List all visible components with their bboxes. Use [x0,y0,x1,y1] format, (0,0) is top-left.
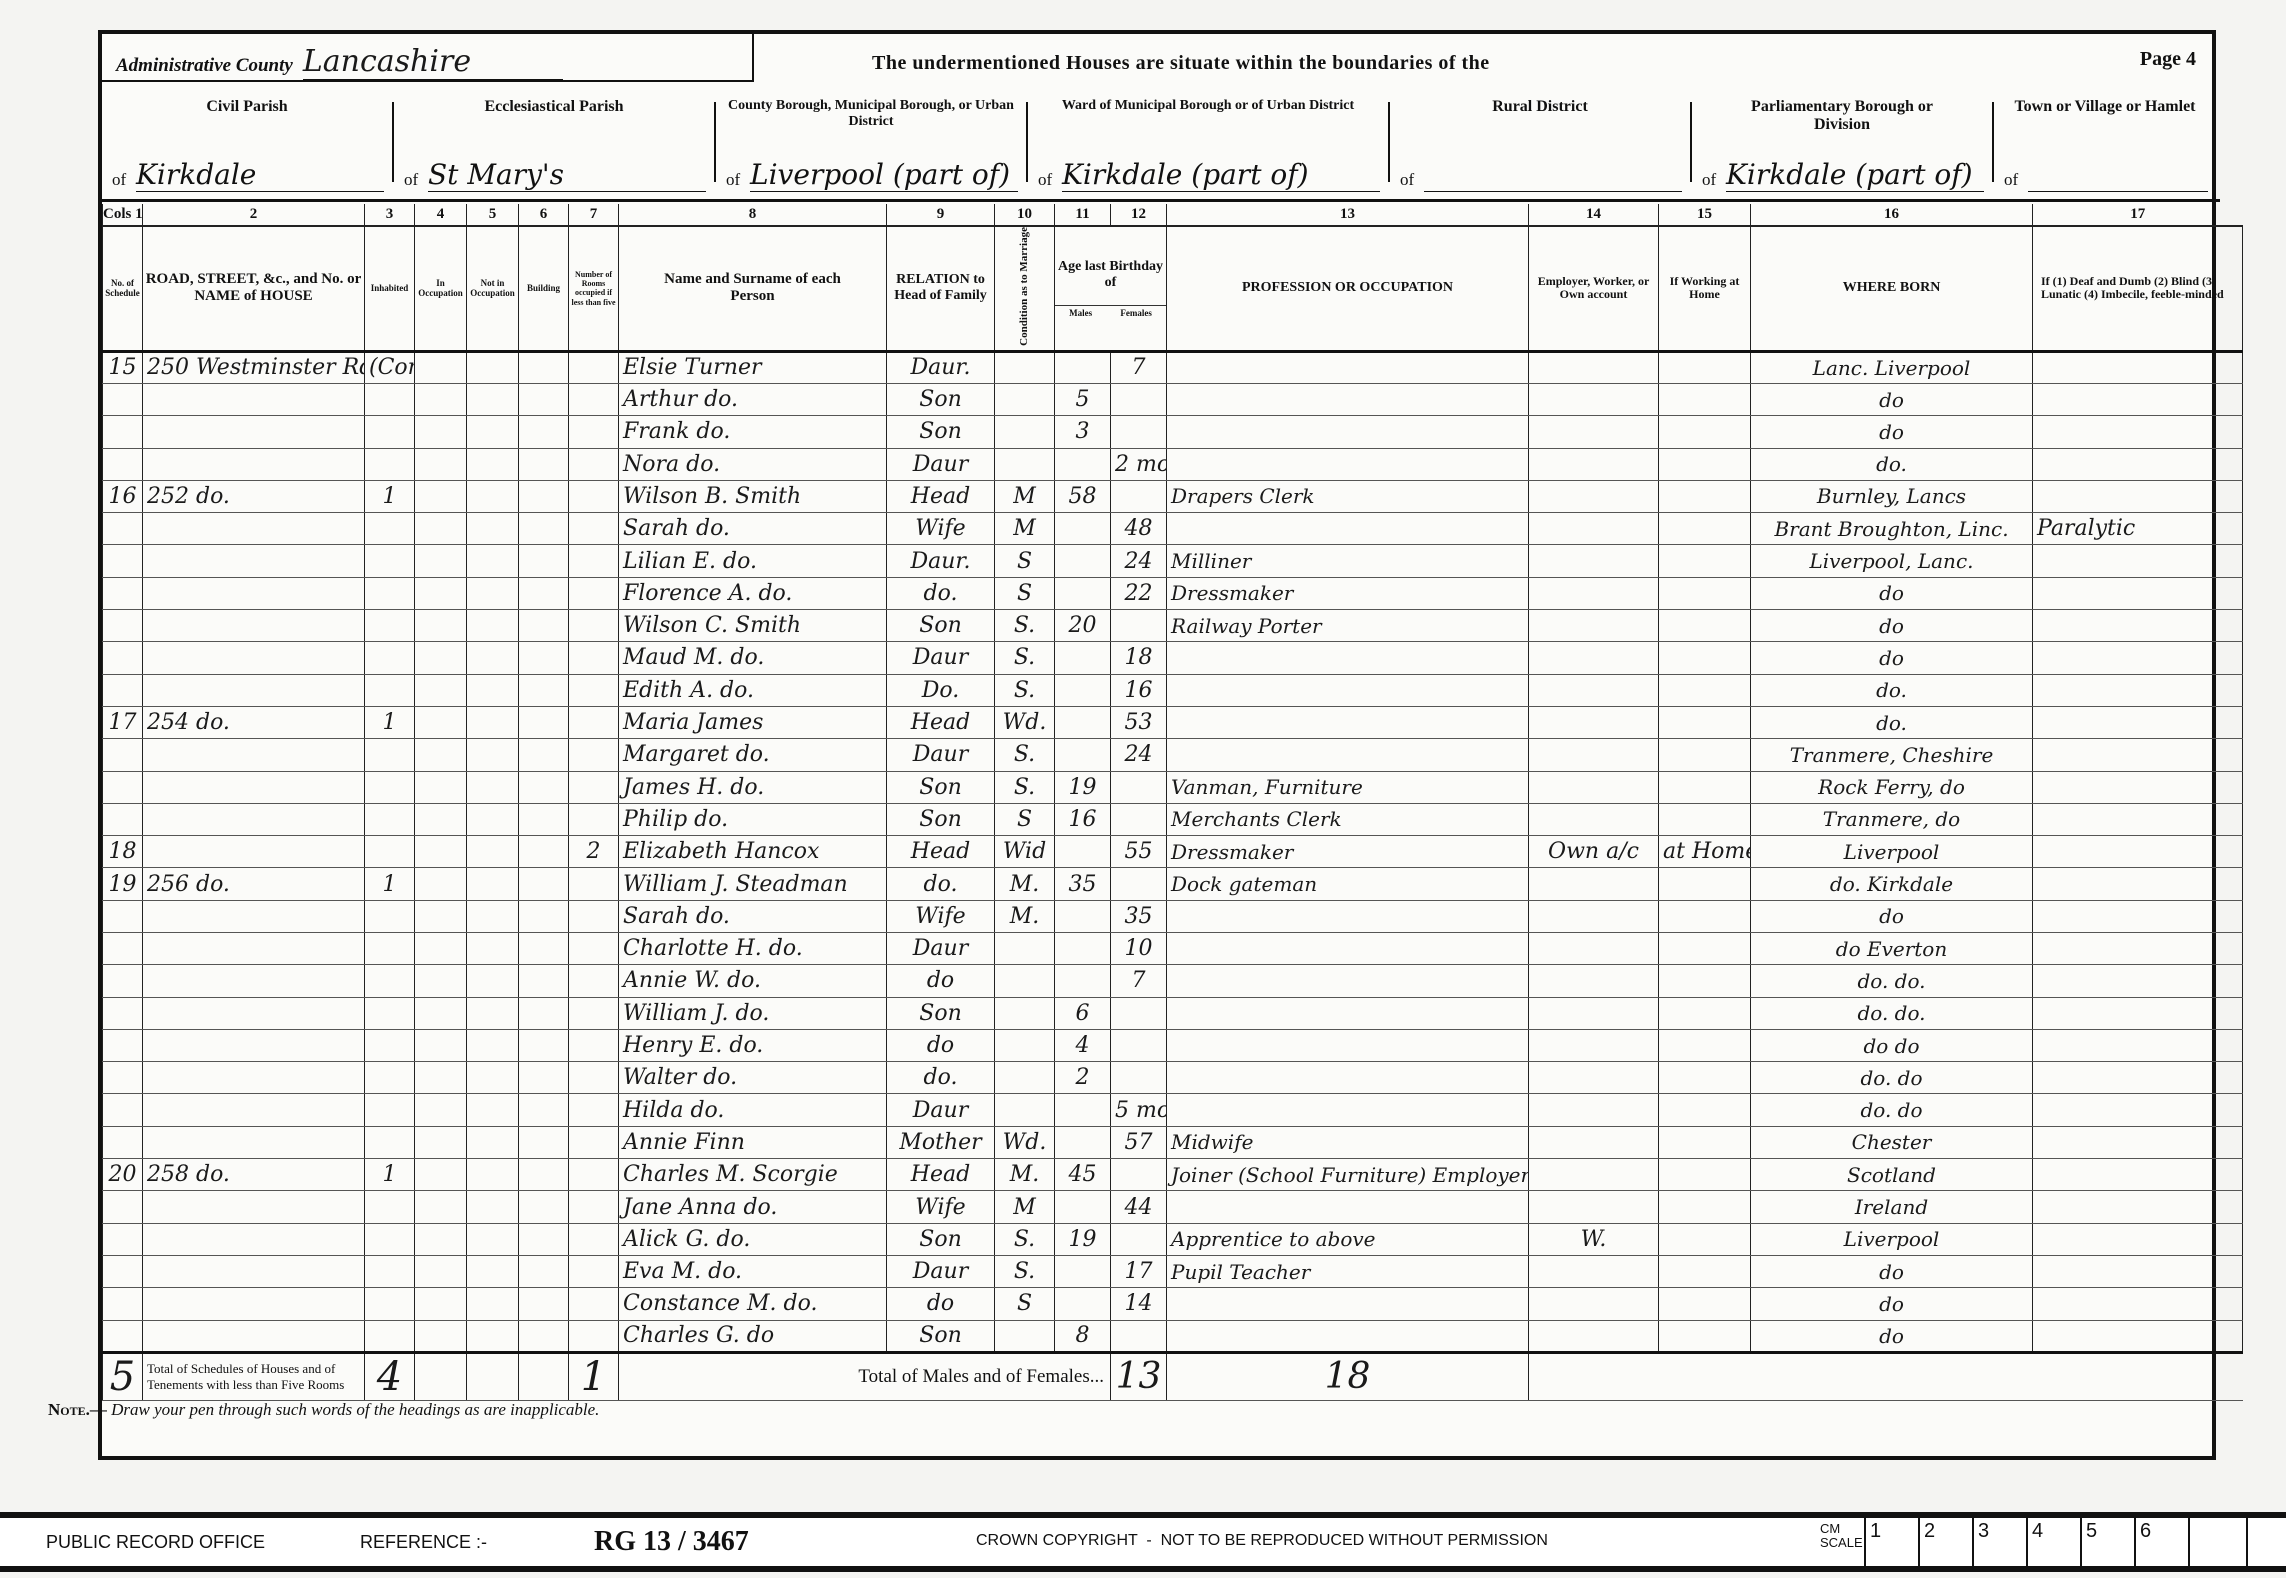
header-road: ROAD, STREET, &c., and No. or NAME of HO… [143,226,365,351]
col-num: 10 [995,204,1055,226]
row-building [519,545,569,577]
row-relation: Son [887,416,995,448]
row-in-occupation [415,965,467,997]
note-prefix: Note.— [48,1400,107,1419]
region-of: of [404,170,418,190]
row-condition: M. [995,1159,1055,1191]
row-where-born: Liverpool, Lanc. [1751,545,2033,577]
row-condition [995,965,1055,997]
row-rooms [569,416,619,448]
row-at-home [1659,642,1751,674]
row-female-age [1111,383,1167,415]
row-rooms [569,642,619,674]
header-infirmity: If (1) Deaf and Dumb (2) Blind (3) Lunat… [2033,226,2243,351]
header-rooms: Number of Rooms occupied if less than fi… [569,226,619,351]
table-row: Nora do.Daur2 mosdo. [103,448,2243,480]
row-condition [995,383,1055,415]
row-building [519,1320,569,1352]
row-condition [995,1094,1055,1126]
row-relation: do [887,1029,995,1061]
row-employer [1529,416,1659,448]
row-in-occupation [415,577,467,609]
row-female-age: 7 [1111,351,1167,383]
row-rooms [569,351,619,383]
row-employer [1529,739,1659,771]
row-employer [1529,1288,1659,1320]
row-female-age: 55 [1111,836,1167,868]
row-female-age: 53 [1111,706,1167,738]
table-row: 19256 do.1William J. Steadmando.M.35Dock… [103,868,2243,900]
row-male-age [1055,1126,1111,1158]
row-building [519,1255,569,1287]
row-infirmity [2033,1029,2243,1061]
row-name: Maria James [619,706,887,738]
table-row: Charles G. doSon8do [103,1320,2243,1352]
totals-row: 5 Total of Schedules of Houses and of Te… [103,1352,2243,1400]
row-in-occupation [415,1191,467,1223]
row-not-in-occupation [467,1223,519,1255]
row-infirmity [2033,1191,2243,1223]
row-at-home [1659,1191,1751,1223]
row-employer: W. [1529,1223,1659,1255]
row-at-home [1659,997,1751,1029]
row-name: Margaret do. [619,739,887,771]
table-row: Jane Anna do.WifeM44Ireland [103,1191,2243,1223]
row-schedule [103,1223,143,1255]
row-infirmity [2033,1094,2243,1126]
region-ward: Ward of Municipal Borough or of Urban Di… [1028,92,1388,200]
footer-office: PUBLIC RECORD OFFICE [46,1532,265,1553]
admin-county-row: Administrative County Lancashire The und… [102,34,2220,84]
row-schedule: 20 [103,1159,143,1191]
row-at-home [1659,900,1751,932]
row-at-home [1659,480,1751,512]
row-rooms [569,1288,619,1320]
row-building [519,706,569,738]
row-occupation: Drapers Clerk [1167,480,1529,512]
row-employer [1529,513,1659,545]
row-occupation [1167,997,1529,1029]
row-road [143,739,365,771]
row-inhabited: 1 [365,706,415,738]
row-occupation: Joiner (School Furniture) Employer [1167,1159,1529,1191]
table-row: Eva M. do.DaurS.17Pupil Teacherdo [103,1255,2243,1287]
row-not-in-occupation [467,610,519,642]
row-schedule [103,803,143,835]
row-at-home [1659,771,1751,803]
row-relation: Daur [887,448,995,480]
region-label: Civil Parish [102,98,392,116]
row-building [519,739,569,771]
row-schedule [103,1029,143,1061]
row-building [519,965,569,997]
row-infirmity [2033,480,2243,512]
row-not-in-occupation [467,771,519,803]
row-schedule [103,577,143,609]
total-schedules: 5 [103,1352,143,1400]
row-schedule: 19 [103,868,143,900]
row-relation: Wife [887,513,995,545]
row-building [519,642,569,674]
row-in-occupation [415,351,467,383]
row-condition [995,933,1055,965]
row-road [143,803,365,835]
row-where-born: do. do [1751,1094,2033,1126]
row-name: Frank do. [619,416,887,448]
row-schedule [103,1191,143,1223]
row-schedule [103,1126,143,1158]
row-name: Charles M. Scorgie [619,1159,887,1191]
row-road: 258 do. [143,1159,365,1191]
row-schedule [103,416,143,448]
row-where-born: do do [1751,1029,2033,1061]
row-not-in-occupation [467,868,519,900]
note: Note.— Draw your pen through such words … [48,1400,599,1420]
row-condition: S [995,803,1055,835]
row-rooms [569,1094,619,1126]
row-employer [1529,933,1659,965]
row-relation: Head [887,706,995,738]
header-males: Males [1069,308,1092,318]
row-rooms [569,1320,619,1352]
scale-cell: 6 [2134,1512,2188,1572]
row-building [519,771,569,803]
row-relation: do. [887,577,995,609]
region-label: Town or Village or Hamlet [1994,98,2216,116]
row-at-home [1659,933,1751,965]
table-row: Margaret do.DaurS.24Tranmere, Cheshire [103,739,2243,771]
row-relation: Daur [887,1094,995,1126]
row-in-occupation [415,900,467,932]
row-rooms [569,900,619,932]
row-female-age: 17 [1111,1255,1167,1287]
footer-copyright: CROWN COPYRIGHT - NOT TO BE REPRODUCED W… [976,1532,1548,1550]
row-female-age: 57 [1111,1126,1167,1158]
row-condition [995,1320,1055,1352]
column-number-row: Cols 1 2 3 4 5 6 7 8 9 10 11 12 13 14 15… [103,204,2243,226]
row-schedule: 15 [103,351,143,383]
census-table: Cols 1 2 3 4 5 6 7 8 9 10 11 12 13 14 15… [102,204,2243,1401]
row-male-age: 20 [1055,610,1111,642]
header-not-in-occupation: Not in Occupation [467,226,519,351]
row-not-in-occupation [467,706,519,738]
row-male-age [1055,642,1111,674]
row-rooms [569,803,619,835]
row-occupation [1167,642,1529,674]
row-where-born: do. [1751,706,2033,738]
scale-label: CM SCALE [1820,1512,1864,1572]
row-building [519,1062,569,1094]
region-value: Kirkdale (part of) [1062,158,1380,192]
row-condition: S [995,1288,1055,1320]
row-name: Philip do. [619,803,887,835]
row-name: Elsie Turner [619,351,887,383]
row-building [519,868,569,900]
row-at-home [1659,1255,1751,1287]
row-female-age [1111,416,1167,448]
table-row: 20258 do.1Charles M. ScorgieHeadM.45Join… [103,1159,2243,1191]
row-condition: S. [995,1223,1055,1255]
row-infirmity [2033,351,2243,383]
row-building [519,513,569,545]
row-in-occupation [415,1288,467,1320]
col-num: 17 [2033,204,2243,226]
table-row: Maud M. do.DaurS.18do [103,642,2243,674]
row-female-age: 2 mos [1111,448,1167,480]
row-where-born: Burnley, Lancs [1751,480,2033,512]
row-relation: Son [887,1223,995,1255]
row-in-occupation [415,610,467,642]
table-row: 182Elizabeth HancoxHeadWid55DressmakerOw… [103,836,2243,868]
row-in-occupation [415,739,467,771]
row-where-born: do. do. [1751,965,2033,997]
table-row: Henry E. do.do4do do [103,1029,2243,1061]
table-row: 15250 Westminster Rd(Continued)Elsie Tur… [103,351,2243,383]
row-at-home [1659,448,1751,480]
row-employer [1529,1126,1659,1158]
total-rooms: 1 [569,1352,619,1400]
row-rooms [569,480,619,512]
row-in-occupation [415,933,467,965]
row-at-home [1659,610,1751,642]
col-num: 5 [467,204,519,226]
row-infirmity [2033,1062,2243,1094]
row-not-in-occupation [467,642,519,674]
header-females: Females [1120,308,1152,318]
row-where-born: do [1751,642,2033,674]
row-condition: M [995,480,1055,512]
table-row: Philip do.SonS16Merchants ClerkTranmere,… [103,803,2243,835]
row-infirmity [2033,771,2243,803]
row-building [519,933,569,965]
row-name: Constance M. do. [619,1288,887,1320]
row-male-age [1055,836,1111,868]
row-rooms [569,545,619,577]
row-relation: Son [887,771,995,803]
row-at-home [1659,1223,1751,1255]
row-in-occupation [415,836,467,868]
row-infirmity [2033,610,2243,642]
row-condition: M. [995,868,1055,900]
row-rooms [569,448,619,480]
row-where-born: do [1751,1288,2033,1320]
region-ecclesiastical-parish: Ecclesiastical Parish of St Mary's [394,92,714,200]
row-occupation: Midwife [1167,1126,1529,1158]
row-where-born: do [1751,1255,2033,1287]
row-relation: do. [887,1062,995,1094]
row-name: James H. do. [619,771,887,803]
cm-scale: CM SCALE 1 2 3 4 5 6 [1820,1512,2248,1572]
row-condition: Wd. [995,1126,1055,1158]
scale-cell: 5 [2080,1512,2134,1572]
row-male-age [1055,577,1111,609]
row-in-occupation [415,1320,467,1352]
row-name: Nora do. [619,448,887,480]
row-at-home [1659,351,1751,383]
row-male-age: 6 [1055,997,1111,1029]
row-inhabited [365,545,415,577]
row-road [143,1191,365,1223]
row-where-born: Rock Ferry, do [1751,771,2033,803]
census-body: 15250 Westminster Rd(Continued)Elsie Tur… [103,351,2243,1352]
row-road [143,610,365,642]
row-not-in-occupation [467,513,519,545]
row-relation: Daur. [887,351,995,383]
row-road [143,1320,365,1352]
row-male-age [1055,674,1111,706]
row-rooms [569,965,619,997]
row-at-home [1659,1159,1751,1191]
header-name: Name and Surname of each Person [619,226,887,351]
total-persons-label: Total of Males and of Females... [619,1352,1111,1400]
row-occupation [1167,706,1529,738]
row-infirmity [2033,448,2243,480]
row-inhabited [365,577,415,609]
row-infirmity [2033,836,2243,868]
row-relation: Son [887,383,995,415]
region-value: St Mary's [428,158,706,192]
col-num: 12 [1111,204,1167,226]
row-condition: S [995,545,1055,577]
row-relation: Head [887,836,995,868]
row-name: Sarah do. [619,900,887,932]
col-num: 4 [415,204,467,226]
row-occupation: Apprentice to above [1167,1223,1529,1255]
row-inhabited [365,997,415,1029]
empty-cell [415,1352,467,1400]
row-occupation [1167,448,1529,480]
row-occupation: Merchants Clerk [1167,803,1529,835]
row-building [519,351,569,383]
row-male-age [1055,1191,1111,1223]
row-road [143,1094,365,1126]
header-condition: Condition as to Marriage [995,226,1055,351]
row-road [143,545,365,577]
row-not-in-occupation [467,965,519,997]
row-male-age [1055,965,1111,997]
admin-county-box: Administrative County Lancashire [102,34,754,82]
row-at-home [1659,513,1751,545]
row-infirmity: Paralytic [2033,513,2243,545]
row-infirmity [2033,933,2243,965]
note-text: Draw your pen through such words of the … [111,1400,599,1419]
row-building [519,1029,569,1061]
row-employer [1529,1094,1659,1126]
row-condition [995,416,1055,448]
row-female-age: 16 [1111,674,1167,706]
row-occupation [1167,513,1529,545]
scale-cell: 3 [1972,1512,2026,1572]
region-of: of [1038,170,1052,190]
row-in-occupation [415,803,467,835]
region-of: of [2004,170,2018,190]
col-num: 6 [519,204,569,226]
row-building [519,577,569,609]
row-schedule [103,545,143,577]
row-name: Eva M. do. [619,1255,887,1287]
row-condition [995,448,1055,480]
row-relation: do [887,1288,995,1320]
row-employer [1529,351,1659,383]
row-in-occupation [415,1126,467,1158]
row-male-age [1055,933,1111,965]
row-inhabited [365,1223,415,1255]
row-female-age: 10 [1111,933,1167,965]
row-road [143,1126,365,1158]
row-name: Alick G. do. [619,1223,887,1255]
row-at-home [1659,868,1751,900]
row-road: 250 Westminster Rd [143,351,365,383]
region-of: of [1702,170,1716,190]
table-row: James H. do.SonS.19Vanman, FurnitureRock… [103,771,2243,803]
row-rooms [569,1062,619,1094]
row-at-home [1659,383,1751,415]
region-label: Rural District [1390,98,1690,116]
row-occupation [1167,1320,1529,1352]
row-employer [1529,545,1659,577]
row-infirmity [2033,1159,2243,1191]
row-at-home [1659,674,1751,706]
row-employer [1529,448,1659,480]
row-occupation [1167,900,1529,932]
row-in-occupation [415,706,467,738]
row-name: Annie W. do. [619,965,887,997]
row-rooms [569,577,619,609]
row-where-born: Ireland [1751,1191,2033,1223]
row-road [143,416,365,448]
row-relation: Son [887,1320,995,1352]
row-in-occupation [415,545,467,577]
table-row: Charlotte H. do.Daur10do Everton [103,933,2243,965]
column-header-row: No. of Schedule ROAD, STREET, &c., and N… [103,226,2243,351]
row-female-age [1111,1029,1167,1061]
row-schedule [103,965,143,997]
col-num: 3 [365,204,415,226]
table-row: Constance M. do.doS14do [103,1288,2243,1320]
row-building [519,674,569,706]
col-num: 16 [1751,204,2033,226]
row-female-age: 18 [1111,642,1167,674]
row-at-home [1659,739,1751,771]
row-where-born: do. Kirkdale [1751,868,2033,900]
row-building [519,480,569,512]
table-row: Arthur do.Son5do [103,383,2243,415]
row-schedule [103,900,143,932]
row-where-born: do. [1751,674,2033,706]
row-not-in-occupation [467,480,519,512]
row-relation: Head [887,1159,995,1191]
row-road [143,1029,365,1061]
row-schedule: 17 [103,706,143,738]
row-rooms [569,739,619,771]
row-name: Charlotte H. do. [619,933,887,965]
row-building [519,1159,569,1191]
row-inhabited [365,933,415,965]
row-condition: S [995,577,1055,609]
row-schedule [103,383,143,415]
region-label: County Borough, Municipal Borough, or Ur… [716,98,1026,130]
table-row: Frank do.Son3do [103,416,2243,448]
row-relation: Son [887,610,995,642]
row-inhabited [365,1094,415,1126]
row-inhabited [365,1288,415,1320]
row-not-in-occupation [467,416,519,448]
row-infirmity [2033,739,2243,771]
row-where-born: Liverpool [1751,1223,2033,1255]
row-condition: M [995,1191,1055,1223]
row-female-age: 24 [1111,739,1167,771]
row-not-in-occupation [467,933,519,965]
